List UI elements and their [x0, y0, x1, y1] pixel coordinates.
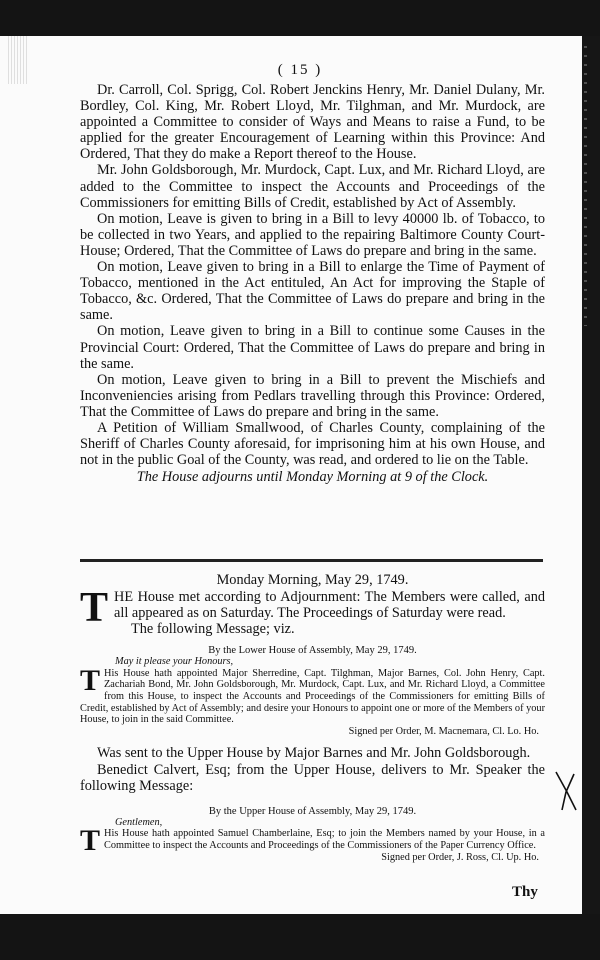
handwritten-x-mark-icon: [554, 770, 578, 812]
upper-house-heading: By the Upper House of Assembly, May 29, …: [80, 806, 545, 817]
calvert-note: Benedict Calvert, Esq; from the Upper Ho…: [80, 762, 545, 794]
paragraph-committee-accounts: Mr. John Goldsborough, Mr. Murdock, Capt…: [80, 162, 545, 210]
paragraph-bill-causes: On motion, Leave given to bring in a Bil…: [80, 323, 545, 371]
section-divider: [80, 559, 543, 562]
upper-house-message: Gentlemen, T His House hath appointed Sa…: [80, 817, 545, 863]
following-message-line: The following Message; viz.: [80, 621, 545, 637]
upper-house-salutation: Gentlemen,: [80, 817, 545, 829]
lower-house-message: May it please your Honours, T His House …: [80, 656, 545, 737]
session-opening: T HE House met according to Adjournment:…: [80, 589, 545, 621]
dropcap-letter: T: [80, 670, 100, 692]
dropcap-letter: T: [80, 591, 108, 625]
session-heading: Monday Morning, May 29, 1749.: [80, 572, 545, 589]
journal-body: Dr. Carroll, Col. Sprigg, Col. Robert Je…: [80, 82, 545, 485]
lower-house-heading: By the Lower House of Assembly, May 29, …: [80, 645, 545, 656]
paragraph-bill-pedlars: On motion, Leave given to bring in a Bil…: [80, 372, 545, 420]
upper-house-text: His House hath appointed Samuel Chamberl…: [104, 828, 545, 851]
lower-house-salutation: May it please your Honours,: [80, 656, 545, 668]
monday-session: Monday Morning, May 29, 1749. T HE House…: [80, 572, 545, 863]
sent-note: Was sent to the Upper House by Major Bar…: [80, 745, 545, 761]
dropcap-letter: T: [80, 830, 100, 852]
notes: Was sent to the Upper House by Major Bar…: [80, 745, 545, 793]
paragraph-bill-baltimore: On motion, Leave is given to bring in a …: [80, 211, 545, 259]
paragraph-bill-tobacco: On motion, Leave given to bring in a Bil…: [80, 259, 545, 323]
paragraph-committee-learning: Dr. Carroll, Col. Sprigg, Col. Robert Je…: [80, 82, 545, 162]
lower-house-signature: Signed per Order, M. Macnemara, Cl. Lo. …: [80, 726, 545, 738]
session-opening-text: HE House met according to Adjournment: T…: [114, 589, 545, 621]
paragraph-petition-smallwood: A Petition of William Smallwood, of Char…: [80, 420, 545, 468]
lower-house-text: His House hath appointed Major Sherredin…: [80, 668, 545, 725]
page-number: ( 15 ): [0, 62, 600, 79]
adjournment-line: The House adjourns until Monday Morning …: [80, 469, 545, 485]
scan-right-border: [582, 36, 600, 914]
upper-house-signature: Signed per Order, J. Ross, Cl. Up. Ho.: [80, 852, 545, 864]
catchword: Thy: [512, 884, 538, 901]
